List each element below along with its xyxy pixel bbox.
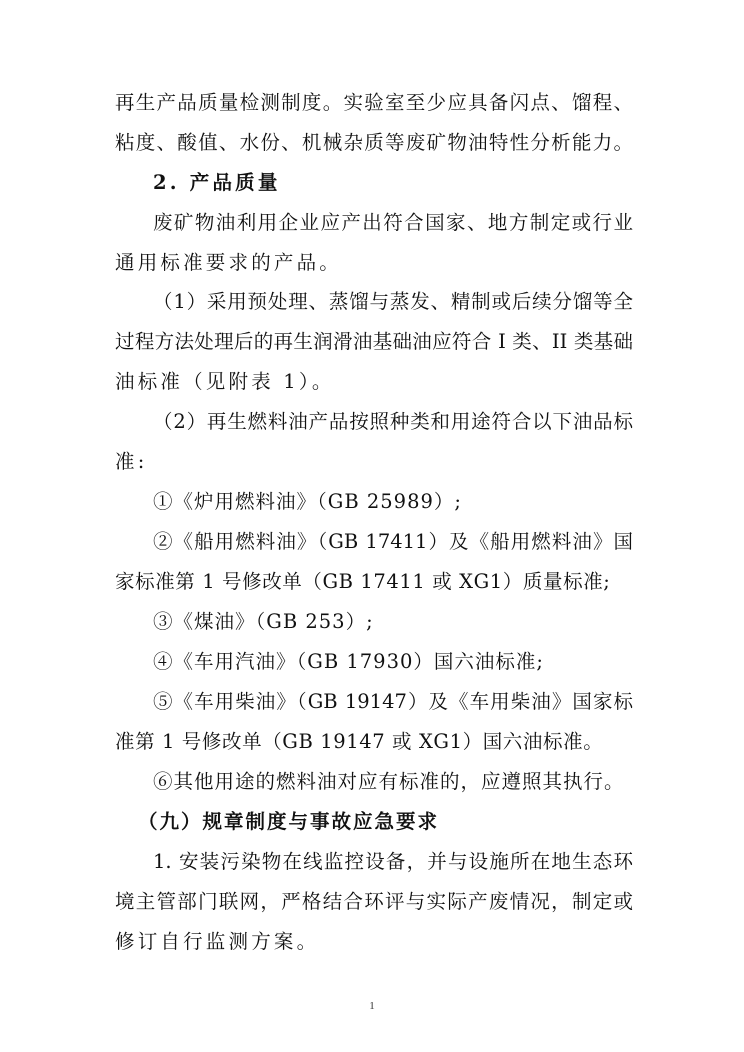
- paragraph-line: 再生产品质量检测制度。实验室至少应具备闪点、馏程、: [115, 91, 633, 115]
- paragraph-line: 油标准（见附表 1）。: [115, 370, 633, 394]
- list-item-continuation: 家标准第 1 号修改单（GB 17411 或 XG1）质量标准;: [115, 570, 633, 594]
- paragraph-line: 过程方法处理后的再生润滑油基础油应符合 I 类、II 类基础: [115, 330, 633, 354]
- paragraph-line: 粘度、酸值、水份、机械杂质等废矿物油特性分析能力。: [115, 131, 633, 155]
- paragraph-line: 废矿物油利用企业应产出符合国家、地方制定或行业: [153, 211, 633, 235]
- list-item-continuation: 准第 1 号修改单（GB 19147 或 XG1）国六油标准。: [115, 730, 633, 754]
- list-item: ②《船用燃料油》（GB 17411）及《船用燃料油》国: [153, 530, 633, 554]
- paragraph-line: （2）再生燃料油产品按照种类和用途符合以下油品标: [153, 410, 633, 434]
- paragraph-line: 通用标准要求的产品。: [115, 251, 633, 275]
- document-page: 再生产品质量检测制度。实验室至少应具备闪点、馏程、 粘度、酸值、水份、机械杂质等…: [0, 0, 744, 1052]
- paragraph-line: 境主管部门联网，严格结合环评与实际产废情况，制定或: [115, 890, 633, 914]
- list-item: ③《煤油》（GB 253）;: [153, 610, 633, 634]
- section-heading: 2. 产品质量: [153, 171, 633, 195]
- list-item: ①《炉用燃料油》（GB 25989）;: [153, 490, 633, 514]
- page-number: 1: [0, 1000, 744, 1012]
- paragraph-line: （1）采用预处理、蒸馏与蒸发、精制或后续分馏等全: [153, 290, 633, 314]
- list-item: ⑤《车用柴油》（GB 19147）及《车用柴油》国家标: [153, 690, 633, 714]
- paragraph-line: 修订自行监测方案。: [115, 930, 633, 954]
- list-item: ④《车用汽油》（GB 17930）国六油标准;: [153, 650, 633, 674]
- paragraph-line: 准:: [115, 450, 633, 474]
- list-item: ⑥其他用途的燃料油对应有标准的，应遵照其执行。: [153, 770, 633, 794]
- paragraph-line: 1. 安装污染物在线监控设备，并与设施所在地生态环: [153, 850, 633, 874]
- section-heading: （九）规章制度与事故应急要求: [138, 810, 618, 834]
